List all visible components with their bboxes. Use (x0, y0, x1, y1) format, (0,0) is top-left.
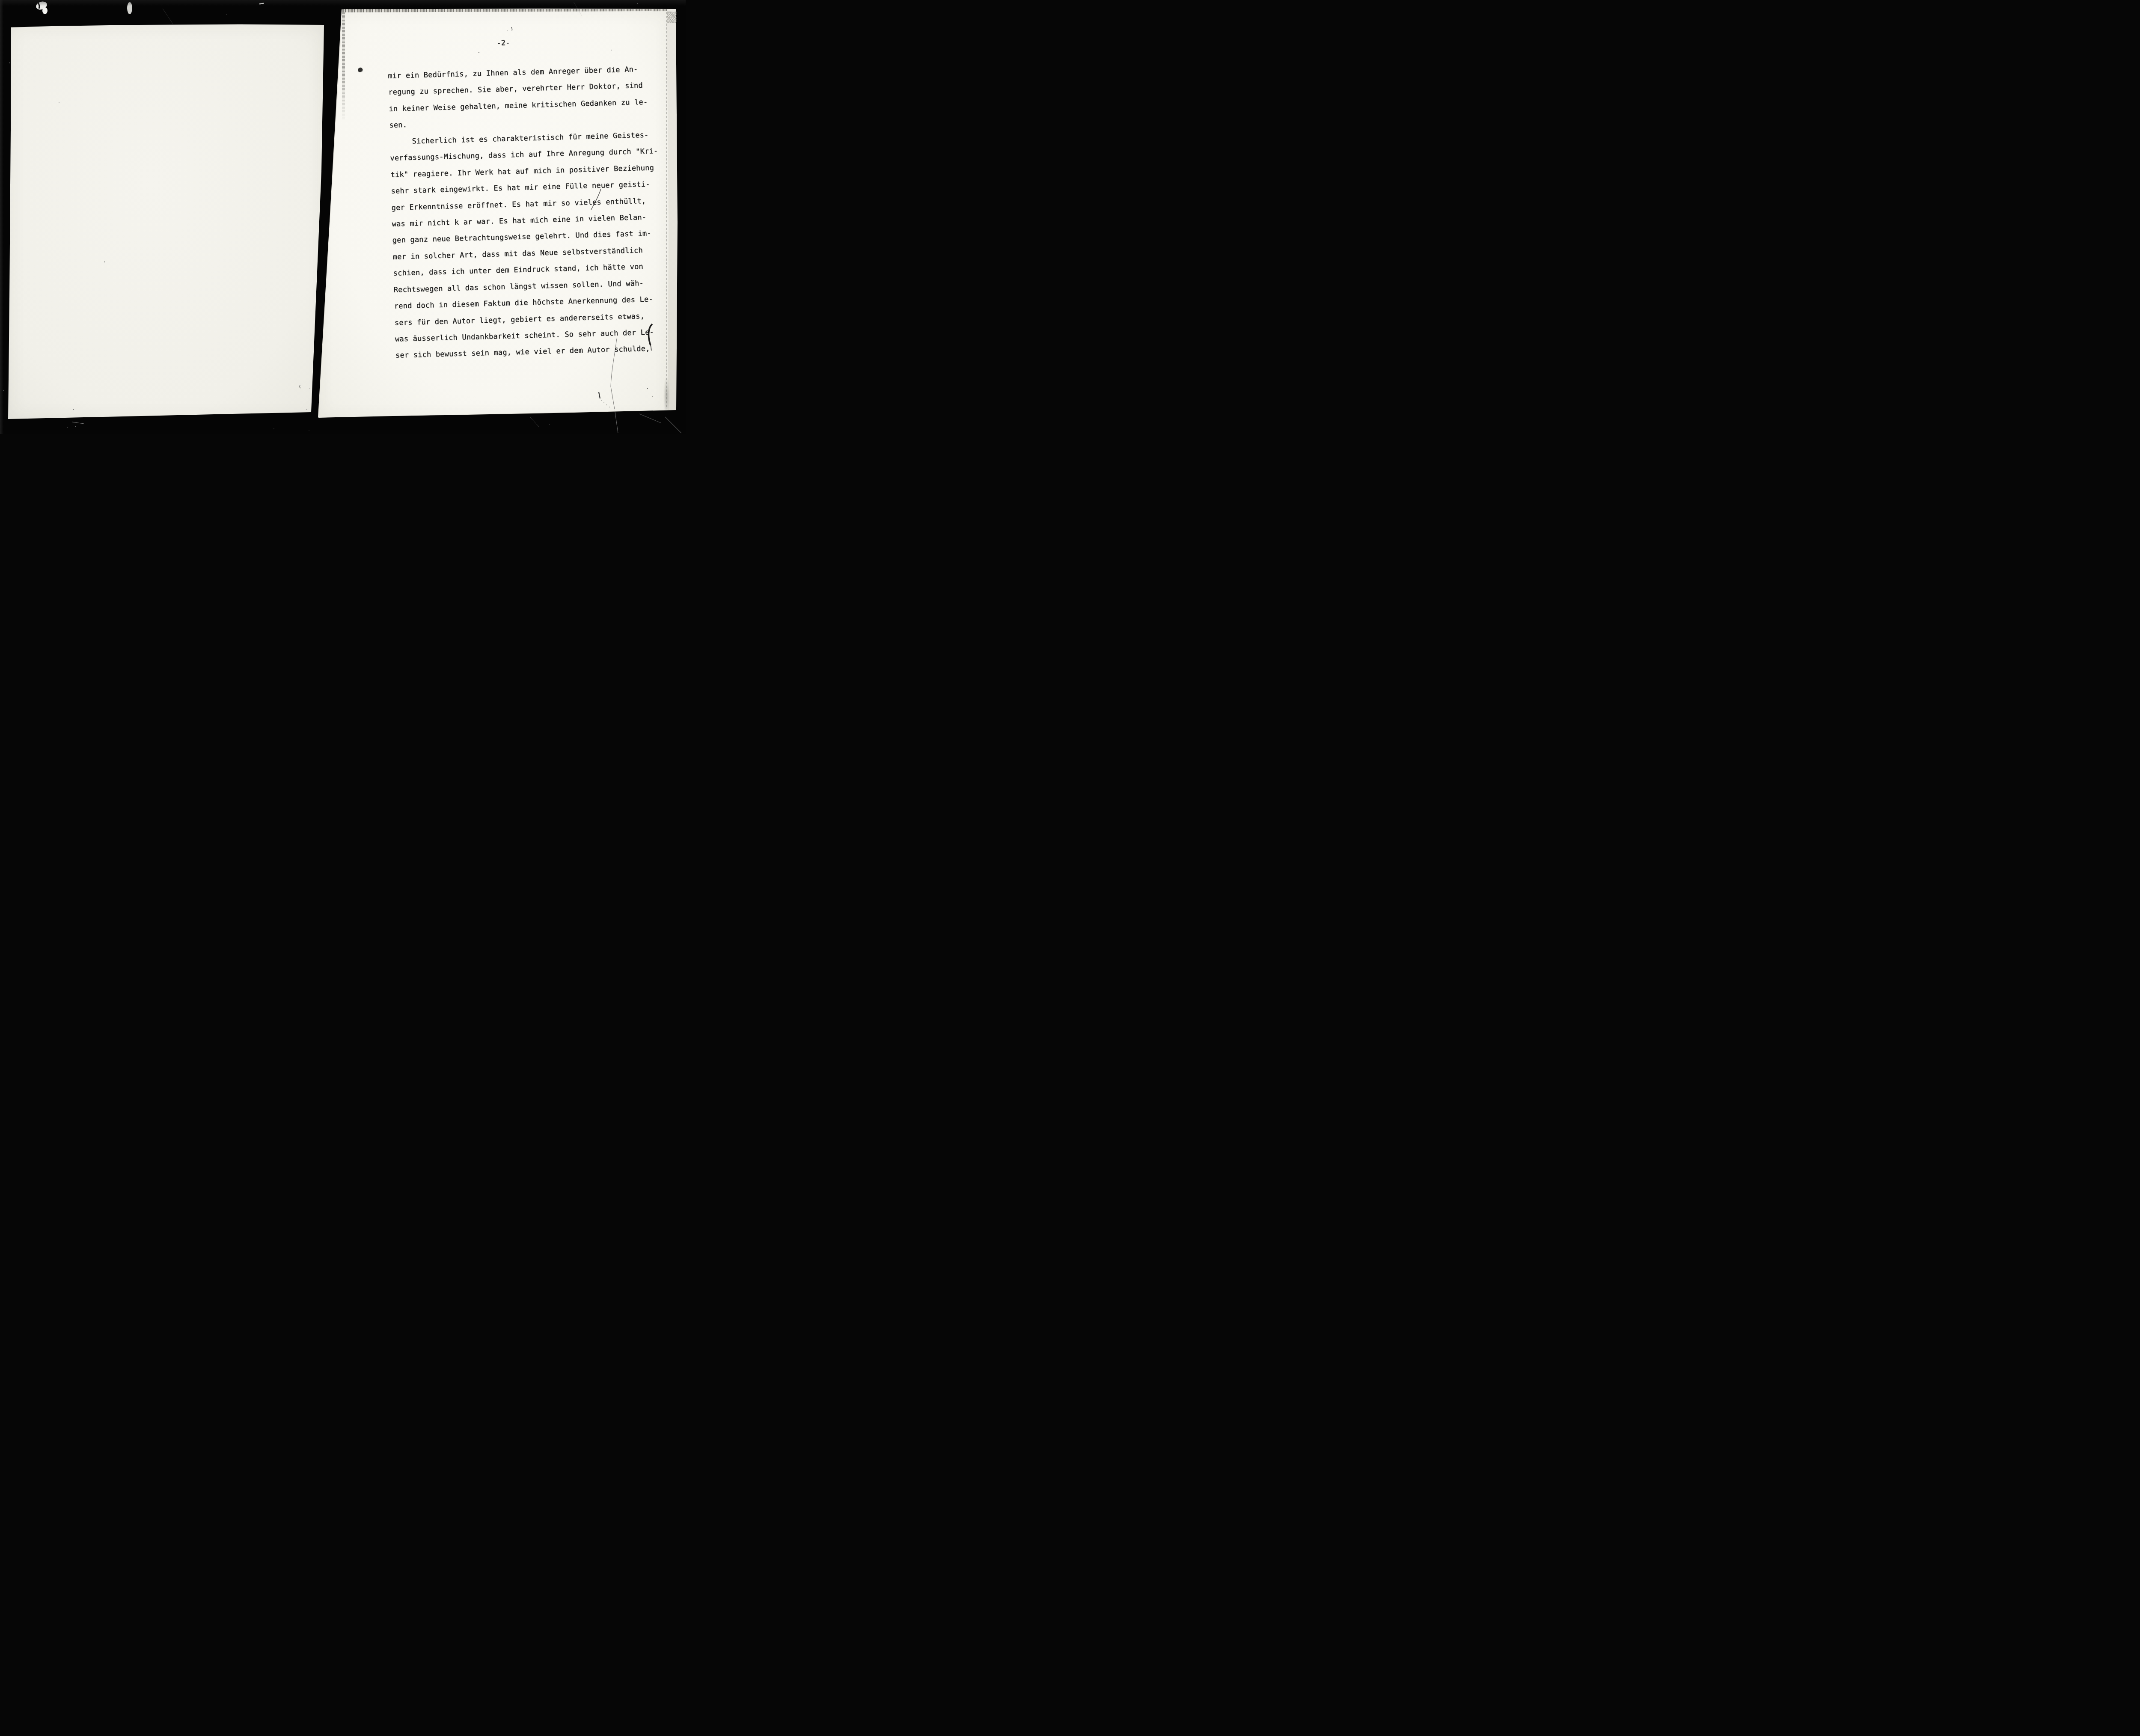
film-scan-frame: -2- mir ein Bedürfnis, zu Ihnen als dem … (0, 0, 686, 434)
paper-specks-right (479, 27, 653, 397)
faint-border-scratches (163, 2, 582, 24)
bottom-band-specks (67, 424, 550, 430)
hairline-crease (611, 339, 617, 409)
white-film-splotches (3, 0, 638, 391)
stray-slash-mark (591, 189, 601, 210)
pen-hook-mark (648, 324, 652, 345)
ink-dot-trail (601, 400, 610, 407)
hairline-crease-dark-band (615, 409, 618, 433)
pen-hook-tail (651, 345, 651, 351)
ink-dash-mark (599, 392, 600, 398)
bottom-band-scratches (72, 414, 681, 433)
paper-specks-left (59, 102, 310, 410)
film-scratches-overlay (0, 0, 686, 434)
